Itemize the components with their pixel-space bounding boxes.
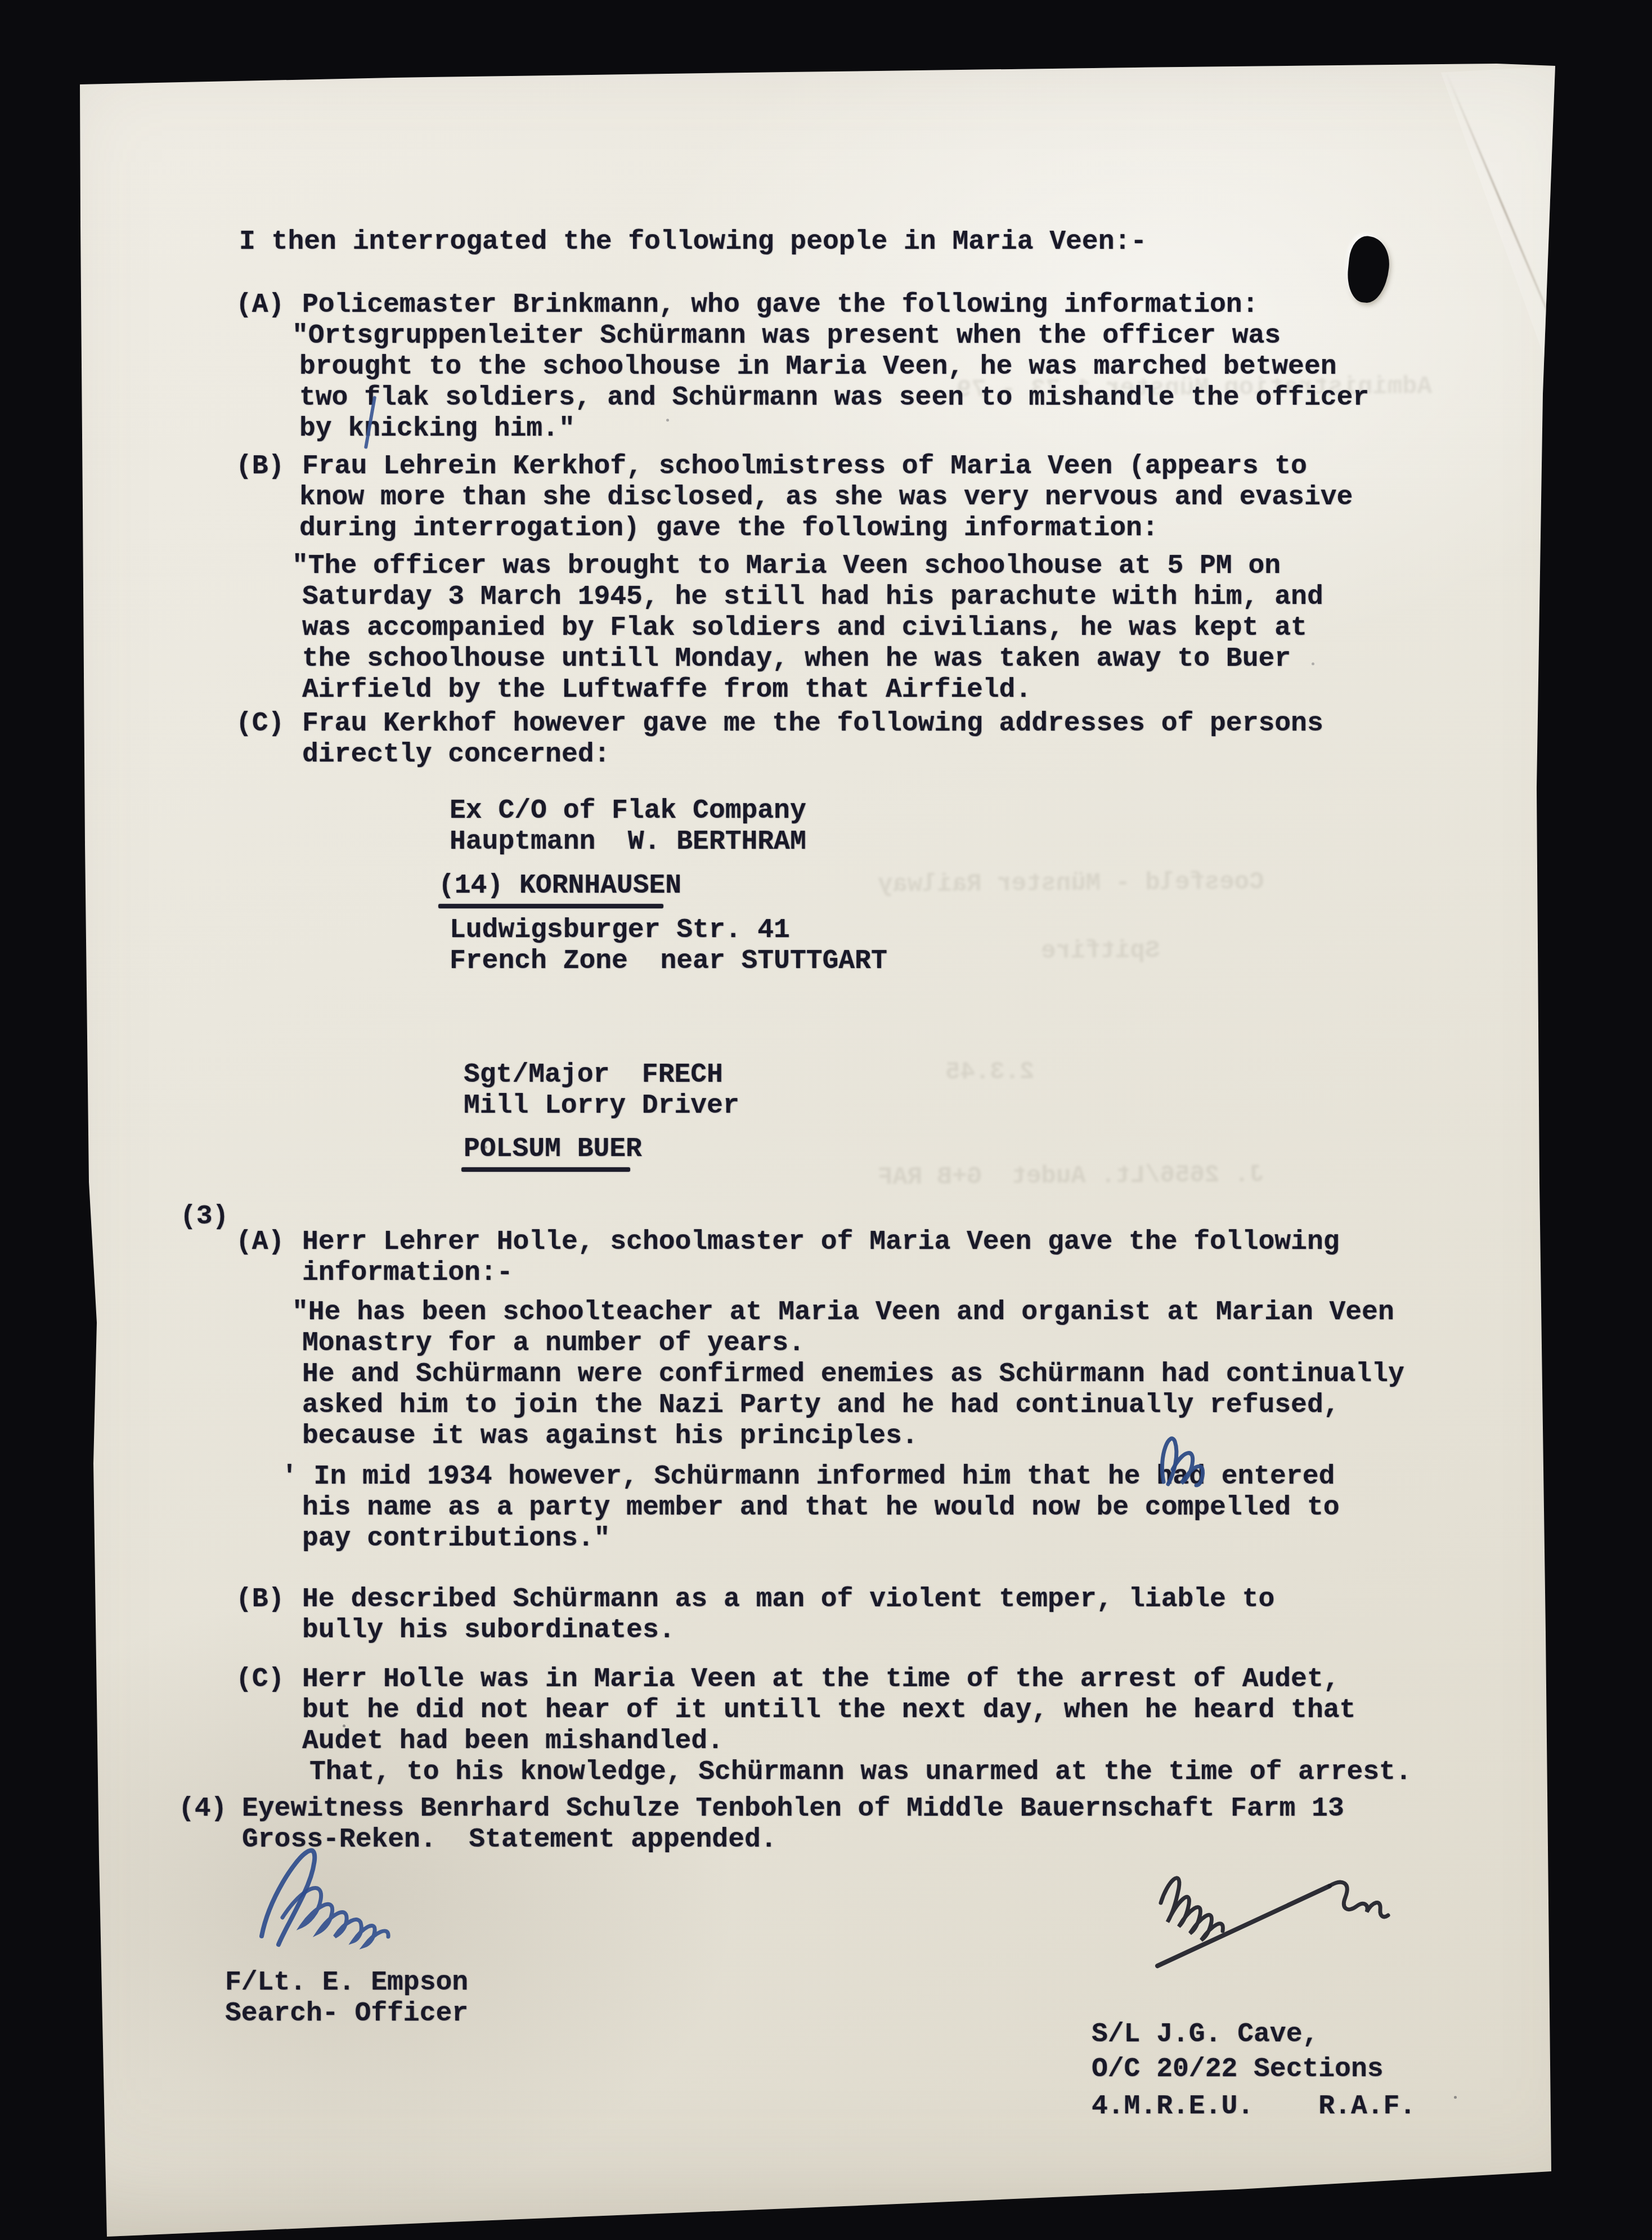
item-3a-label: (A)	[236, 1228, 284, 1256]
item-3b-line: He described Schürmann as a man of viole…	[302, 1585, 1274, 1614]
item-a-quote-line: "Ortsgruppenleiter Schürmann was present…	[292, 322, 1281, 350]
item-a-quote-line: two flak soldiers, and Schürmann was see…	[299, 384, 1369, 412]
item-a-quote-line: brought to the schoolhouse in Maria Veen…	[299, 353, 1337, 381]
item-3c-line: but he did not hear of it untill the nex…	[302, 1696, 1355, 1724]
address-line: Ludwigsburger Str. 41	[450, 916, 790, 944]
item-c-line: directly concerned:	[302, 741, 610, 769]
item-b-line: Frau Lehrein Kerkhof, schoolmistress of …	[302, 453, 1307, 481]
item-3c-label: (C)	[236, 1665, 284, 1694]
address-line: Sgt/Major FRECH	[464, 1061, 723, 1089]
item-3a-quote-line: He and Schürmann were confirmed enemies …	[302, 1360, 1404, 1388]
signatory-org: 4.M.R.E.U. R.A.F.	[1092, 2093, 1416, 2121]
bleed-through-line: Spitfire	[1041, 937, 1160, 965]
item-3c-line: Audet had been mishandled.	[302, 1727, 724, 1755]
signatory-title: Search- Officer	[225, 2000, 468, 2028]
underline	[461, 1167, 630, 1172]
paper-top-edge-shadow	[79, 47, 1555, 70]
item-3a-quote-line: "He has been schoolteacher at Maria Veen…	[292, 1298, 1394, 1327]
item-3b-line: bully his subordinates.	[302, 1616, 675, 1645]
item-3c-line: That, to his knowledge, Schürmann was un…	[309, 1758, 1412, 1786]
document-page: Administration Münster 1.73 - 79 Coesfel…	[0, 0, 1652, 2240]
item-b-label: (B)	[236, 453, 284, 481]
address-line: Ex C/O of Flak Company	[450, 797, 806, 825]
item-c-label: (C)	[236, 710, 284, 738]
bleed-through-line: 2.3.45	[945, 1058, 1035, 1086]
underline	[438, 904, 663, 908]
item-b-quote-line: Saturday 3 March 1945, he still had his …	[302, 583, 1323, 611]
item-b-quote-line: Airfield by the Luftwaffe from that Airf…	[302, 676, 1031, 704]
item-b-quote-line: "The officer was brought to Maria Veen s…	[292, 552, 1281, 580]
item-3a-quote-line: Monastry for a number of years.	[302, 1329, 805, 1358]
item-3a-quote-line: because it was against his principles.	[302, 1422, 918, 1450]
item-3b-label: (B)	[236, 1585, 284, 1614]
item-b-quote-line: the schoolhouse untill Monday, when he w…	[302, 645, 1291, 673]
item-a-line: Policemaster Brinkmann, who gave the fol…	[302, 291, 1258, 319]
item-c-line: Frau Kerkhof however gave me the followi…	[302, 710, 1323, 738]
section-3-label: (3)	[180, 1203, 228, 1231]
item-a-label: (A)	[236, 291, 284, 319]
intro-line: I then interrogated the following people…	[239, 228, 1147, 256]
corner-fold-highlight	[1429, 63, 1575, 378]
address-place: POLSUM BUER	[464, 1135, 642, 1163]
item-3a-quote-line: pay contributions."	[302, 1525, 610, 1553]
dust-specks	[0, 0, 2, 2]
item-3a-quote-line: asked him to join the Nazi Party and he …	[302, 1391, 1340, 1419]
signature-empson	[248, 1832, 529, 1967]
item-b-line: know more than she disclosed, as she was…	[299, 483, 1353, 512]
address-line: Hauptmann W. BERTHRAM	[450, 828, 806, 856]
item-3c-line: Herr Holle was in Maria Veen at the time…	[302, 1665, 1340, 1694]
item-b-line: during interrogation) gave the following…	[299, 514, 1159, 543]
signature-cave	[1145, 1849, 1415, 1978]
item-3a-quote-line: his name as a party member and that he w…	[302, 1494, 1340, 1522]
address-line: Mill Lorry Driver	[464, 1092, 739, 1120]
signatory-unit: O/C 20/22 Sections	[1092, 2055, 1383, 2084]
signatory-name: S/L J.G. Cave,	[1092, 2021, 1318, 2049]
torn-hole	[1345, 235, 1392, 305]
signatory-name: F/Lt. E. Empson	[225, 1969, 468, 1997]
address-line: French Zone near STUTTGART	[450, 947, 887, 975]
item-3a-line: Herr Lehrer Holle, schoolmaster of Maria…	[302, 1228, 1340, 1256]
section-4-label: (4)	[178, 1795, 227, 1823]
address-place: (14) KORNHAUSEN	[438, 872, 681, 900]
bleed-through-line: Coesfeld - Münster Railway	[878, 868, 1264, 899]
bleed-through-line: J. 2656/Lt. Audet G+B RAF	[878, 1161, 1264, 1192]
section-4-line: Eyewitness Benrhard Schulze Tenbohlen of…	[242, 1795, 1344, 1823]
item-b-quote-line: was accompanied by Flak soldiers and civ…	[302, 614, 1307, 642]
handwritten-correction	[1148, 1426, 1238, 1488]
item-a-quote-line: by knicking him."	[299, 415, 575, 443]
item-3a-line: information:-	[302, 1259, 513, 1287]
